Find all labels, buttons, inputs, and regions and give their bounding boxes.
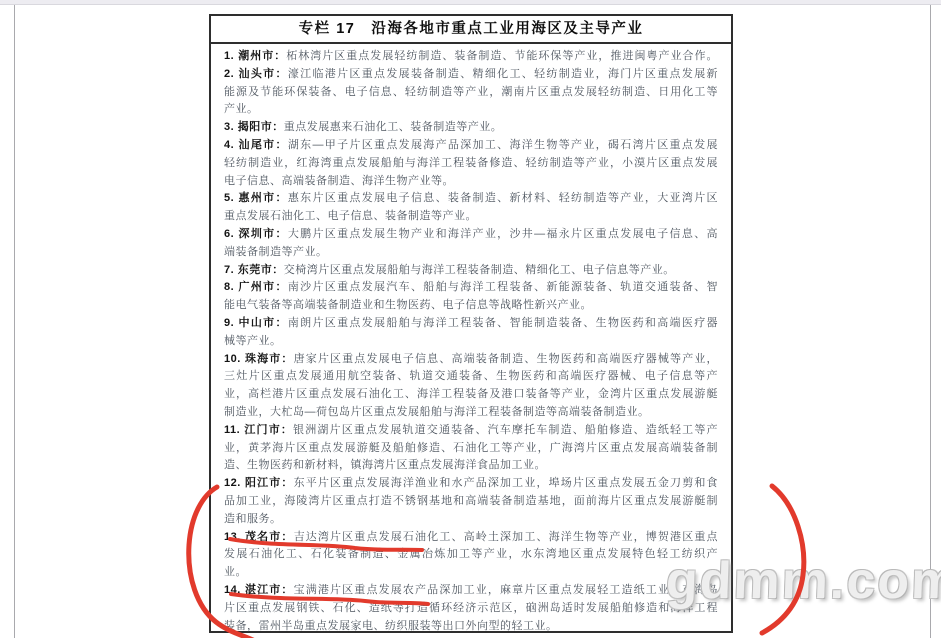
line-text: 三灶片区重点发展通用航空装备、轨道交通装备、生物医药和高端医疗器械、电子信息等产 bbox=[224, 370, 718, 382]
line-text: 濠江临港片区重点发展装备制造、精细化工、轻纺制造业，海门片区重点发展新 bbox=[288, 68, 718, 80]
line-text: 宝满港片区重点发展农产品深加工业，麻章片区重点发展轻工造纸工业，东海岛 bbox=[294, 584, 718, 596]
line-text: 造、生物医药和新材料，镇海湾片区重点发展海洋食品加工业。 bbox=[224, 459, 546, 471]
text-line: 轻纺制造业，红海湾重点发展船舶与海洋工程装备修造、轻纺制造等产业，小漠片区重点发… bbox=[224, 155, 718, 173]
line-text: 能源及节能环保装备、电子信息、轻纺制造等产业，潮南片区重点发展轻纺制造、日用化工… bbox=[224, 86, 718, 98]
text-line: 三灶片区重点发展通用航空装备、轨道交通装备、生物医药和高端医疗器械、电子信息等产 bbox=[224, 368, 718, 386]
city-label: 10. 珠海市： bbox=[224, 353, 294, 365]
text-line: 装备，雷州半岛重点发展家电、纺织服装等出口外向型的轻工业。 bbox=[224, 618, 718, 636]
red-right-bracket-annotation bbox=[762, 486, 804, 633]
text-line: 械等产业。 bbox=[224, 333, 718, 351]
line-text: 造和服务。 bbox=[224, 513, 282, 525]
line-text: 大鹏片区重点发展生物产业和海洋产业，沙井—福永片区重点发展电子信息、高 bbox=[288, 228, 718, 240]
line-text: 东平片区重点发展海洋渔业和水产品深加工业，埠场片区重点发展五金刀剪和食 bbox=[294, 477, 718, 489]
line-text: 制造业，大杧岛—荷包岛片区重点发展船舶与海洋工程装备制造等高端装备制造业。 bbox=[224, 406, 650, 418]
text-line: 电子信息、高端装备制造、海洋生物产业等。 bbox=[224, 173, 718, 191]
line-text: 端装备制造等产业。 bbox=[224, 246, 328, 258]
text-line: 产业。 bbox=[224, 101, 718, 119]
text-line: 6. 深圳市：大鹏片区重点发展生物产业和海洋产业，沙井—福永片区重点发展电子信息… bbox=[224, 226, 718, 244]
city-label: 5. 惠州市： bbox=[224, 192, 288, 204]
left-guide-line bbox=[14, 5, 15, 638]
line-text: 品加工业，海陵湾片区重点打造不锈钢基地和高端装备制造基地，面前海片区重点发展游艇… bbox=[224, 495, 718, 507]
line-text: 惠东片区重点发展电子信息、装备制造、新材料、轻纺制造等产业，大亚湾片区 bbox=[288, 192, 718, 204]
line-text: 吉达湾片区重点发展石油化工、高岭土深加工、海洋生物等产业，博贺港区重点 bbox=[294, 531, 718, 543]
line-text: 南朗片区重点发展船舶与海洋工程装备、智能制造装备、生物医药和高端医疗器 bbox=[288, 317, 718, 329]
line-text: 柘林湾片区重点发展轻纺制造、装备制造、节能环保等产业，推进闽粤产业合作。 bbox=[286, 50, 718, 62]
city-label: 4. 汕尾市： bbox=[224, 139, 288, 151]
city-label: 9. 中山市： bbox=[224, 317, 288, 329]
text-line: 5. 惠州市：惠东片区重点发展电子信息、装备制造、新材料、轻纺制造等产业，大亚湾… bbox=[224, 190, 718, 208]
text-line: 2. 汕头市：濠江临港片区重点发展装备制造、精细化工、轻纺制造业，海门片区重点发… bbox=[224, 66, 718, 84]
line-text: 湖东—甲子片区重点发展海产品深加工、海洋生物等产业，碣石湾片区重点发展 bbox=[288, 139, 718, 151]
text-line: 制造业，大杧岛—荷包岛片区重点发展船舶与海洋工程装备制造等高端装备制造业。 bbox=[224, 404, 718, 422]
line-text: 银洲湖片区重点发展轨道交通装备、汽车摩托车制造、船舶修造、造纸轻工等产 bbox=[293, 424, 718, 436]
line-text: 产业。 bbox=[224, 103, 259, 115]
column-17-panel: 专栏 17 沿海各地市重点工业用海区及主导产业 1. 潮州市：柘林湾片区重点发展… bbox=[209, 14, 733, 633]
line-text: 业，高栏港片区重点发展石油化工、海洋工程装备及港口装备等产业，金湾片区重点发展游… bbox=[224, 388, 718, 400]
line-text: 南沙片区重点发展汽车、船舶与海洋工程装备、新能源装备、轨道交通装备、智 bbox=[288, 281, 718, 293]
text-line: 造和服务。 bbox=[224, 511, 718, 529]
text-line: 业，高栏港片区重点发展石油化工、海洋工程装备及港口装备等产业，金湾片区重点发展游… bbox=[224, 386, 718, 404]
text-line: 品加工业，海陵湾片区重点打造不锈钢基地和高端装备制造基地，面前海片区重点发展游艇… bbox=[224, 493, 718, 511]
text-line: 重点发展石油化工、电子信息、装备制造等产业。 bbox=[224, 208, 718, 226]
panel-body: 1. 潮州市：柘林湾片区重点发展轻纺制造、装备制造、节能环保等产业，推进闽粤产业… bbox=[211, 44, 731, 635]
city-label: 11. 江门市： bbox=[224, 424, 293, 436]
text-line: 9. 中山市：南朗片区重点发展船舶与海洋工程装备、智能制造装备、生物医药和高端医… bbox=[224, 315, 718, 333]
city-label: 1. 潮州市： bbox=[224, 50, 286, 62]
text-line: 业，黄茅海片区重点发展游艇及船舶修造、石油化工等产业，广海湾片区重点发展高端装备… bbox=[224, 440, 718, 458]
text-line: 能源及节能环保装备、电子信息、轻纺制造等产业，潮南片区重点发展轻纺制造、日用化工… bbox=[224, 84, 718, 102]
city-label: 13. 茂名市： bbox=[224, 531, 294, 543]
text-line: 片区重点发展钢铁、石化、造纸等打造循环经济示范区，硇洲岛适时发展船舶修造和海洋工… bbox=[224, 600, 718, 618]
text-line: 能电气装备等高端装备制造业和生物医药、电子信息等战略性新兴产业。 bbox=[224, 297, 718, 315]
text-line: 发展石油化工、石化装备制造、金属冶炼加工等产业，水东湾地区重点发展特色轻工纺织产 bbox=[224, 546, 718, 564]
line-text: 能电气装备等高端装备制造业和生物医药、电子信息等战略性新兴产业。 bbox=[224, 299, 592, 311]
line-text: 械等产业。 bbox=[224, 335, 282, 347]
city-label: 3. 揭阳市： bbox=[224, 121, 284, 133]
city-label: 6. 深圳市： bbox=[224, 228, 288, 240]
line-text: 重点发展石油化工、电子信息、装备制造等产业。 bbox=[224, 210, 477, 222]
page-top-edge-strip bbox=[0, 0, 941, 5]
text-line: 7. 东莞市：交椅湾片区重点发展船舶与海洋工程装备制造、精细化工、电子信息等产业… bbox=[224, 262, 718, 280]
city-label: 2. 汕头市： bbox=[224, 68, 288, 80]
text-line: 8. 广州市：南沙片区重点发展汽车、船舶与海洋工程装备、新能源装备、轨道交通装备… bbox=[224, 279, 718, 297]
right-guide-line bbox=[930, 5, 931, 638]
city-label: 14. 湛江市： bbox=[224, 584, 294, 596]
text-line: 1. 潮州市：柘林湾片区重点发展轻纺制造、装备制造、节能环保等产业，推进闽粤产业… bbox=[224, 48, 718, 66]
page: { "colors": { "annotation_red": "#e23a2c… bbox=[0, 0, 941, 638]
line-text: 轻纺制造业，红海湾重点发展船舶与海洋工程装备修造、轻纺制造等产业，小漠片区重点发… bbox=[224, 157, 718, 169]
city-label: 12. 阳江市： bbox=[224, 477, 294, 489]
text-line: 3. 揭阳市：重点发展惠来石油化工、装备制造等产业。 bbox=[224, 119, 718, 137]
city-label: 7. 东莞市： bbox=[224, 264, 284, 276]
line-text: 电子信息、高端装备制造、海洋生物产业等。 bbox=[224, 175, 454, 187]
line-text: 业，黄茅海片区重点发展游艇及船舶修造、石油化工等产业，广海湾片区重点发展高端装备… bbox=[224, 442, 718, 454]
text-line: 业。 bbox=[224, 564, 718, 582]
text-line: 造、生物医药和新材料，镇海湾片区重点发展海洋食品加工业。 bbox=[224, 457, 718, 475]
line-text: 装备，雷州半岛重点发展家电、纺织服装等出口外向型的轻工业。 bbox=[224, 620, 558, 632]
text-line: 4. 汕尾市：湖东—甲子片区重点发展海产品深加工、海洋生物等产业，碣石湾片区重点… bbox=[224, 137, 718, 155]
panel-title: 专栏 17 沿海各地市重点工业用海区及主导产业 bbox=[211, 16, 731, 44]
text-line: 端装备制造等产业。 bbox=[224, 244, 718, 262]
line-text: 唐家片区重点发展电子信息、高端装备制造、生物医药和高端医疗器械等产业， bbox=[294, 353, 718, 365]
line-text: 发展石油化工、石化装备制造、金属冶炼加工等产业，水东湾地区重点发展特色轻工纺织产 bbox=[224, 548, 718, 560]
text-line: 13. 茂名市：吉达湾片区重点发展石油化工、高岭土深加工、海洋生物等产业，博贺港… bbox=[224, 529, 718, 547]
text-line: 11. 江门市：银洲湖片区重点发展轨道交通装备、汽车摩托车制造、船舶修造、造纸轻… bbox=[224, 422, 718, 440]
line-text: 交椅湾片区重点发展船舶与海洋工程装备制造、精细化工、电子信息等产业。 bbox=[284, 264, 675, 276]
text-line: 12. 阳江市：东平片区重点发展海洋渔业和水产品深加工业，埠场片区重点发展五金刀… bbox=[224, 475, 718, 493]
line-text: 重点发展惠来石油化工、装备制造等产业。 bbox=[284, 121, 503, 133]
text-line: 10. 珠海市：唐家片区重点发展电子信息、高端装备制造、生物医药和高端医疗器械等… bbox=[224, 351, 718, 369]
text-line: 14. 湛江市：宝满港片区重点发展农产品深加工业，麻章片区重点发展轻工造纸工业，… bbox=[224, 582, 718, 600]
line-text: 片区重点发展钢铁、石化、造纸等打造循环经济示范区，硇洲岛适时发展船舶修造和海洋工… bbox=[224, 602, 718, 614]
line-text: 业。 bbox=[224, 566, 247, 578]
city-label: 8. 广州市： bbox=[224, 281, 288, 293]
